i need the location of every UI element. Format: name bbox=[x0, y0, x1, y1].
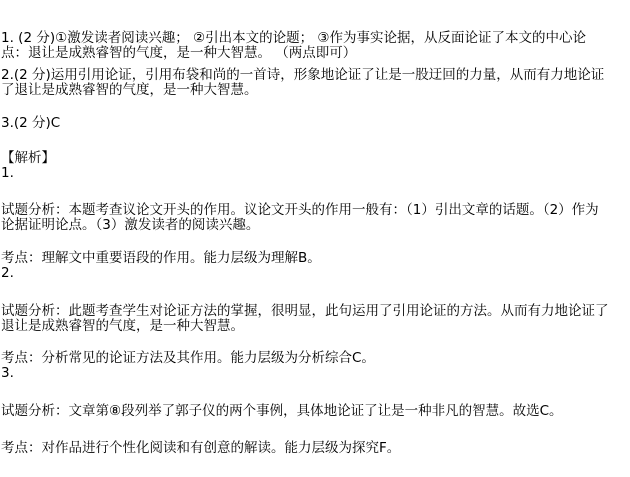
answer-2-line-1: 2.(2 分)运用引用论证，引用布袋和尚的一首诗，形象地论证了让是一股迂回的力量… bbox=[1, 68, 629, 83]
analysis-heading: 【解析】 bbox=[1, 151, 629, 166]
answer-2-line-2: 了退让是成熟睿智的气度，是一种大智慧。 bbox=[1, 83, 629, 98]
answer-1-line-1: 1. (2 分)①激发读者阅读兴趣； ②引出本文的论题； ③作为事实论据，从反面… bbox=[1, 31, 629, 46]
analysis-2-kaodian: 考点：分析常见的论证方法及其作用。能力层级为分析综合C。 bbox=[1, 351, 629, 366]
analysis-1-kaodian: 考点：理解文中重要语段的作用。能力层级为理解B。 bbox=[1, 251, 629, 266]
analysis-2-number: 2. bbox=[1, 266, 629, 281]
answer-1-line-2: 点：退让是成熟睿智的气度，是一种大智慧。 （两点即可） bbox=[1, 46, 629, 61]
analysis-2-line-2: 退让是成熟睿智的气度，是一种大智慧。 bbox=[1, 319, 629, 334]
answer-3-line-1: 3.(2 分)C bbox=[1, 116, 629, 131]
analysis-2-line-1: 试题分析：此题考查学生对论证方法的掌握，很明显，此句运用了引用论证的方法。从而有… bbox=[1, 304, 629, 319]
analysis-3-number: 3. bbox=[1, 366, 629, 381]
analysis-3-line-1: 试题分析：文章第⑧段列举了郭子仪的两个事例，具体地论证了让是一种非凡的智慧。故选… bbox=[1, 404, 629, 419]
analysis-1-number: 1. bbox=[1, 166, 629, 181]
analysis-1-line-1: 试题分析：本题考查议论文开头的作用。议论文开头的作用一般有：（1）引出文章的话题… bbox=[1, 203, 629, 218]
analysis-3-kaodian: 考点：对作品进行个性化阅读和有创意的解读。能力层级为探究F。 bbox=[1, 441, 629, 456]
analysis-1-line-2: 论据证明论点。（3）激发读者的阅读兴趣。 bbox=[1, 218, 629, 233]
